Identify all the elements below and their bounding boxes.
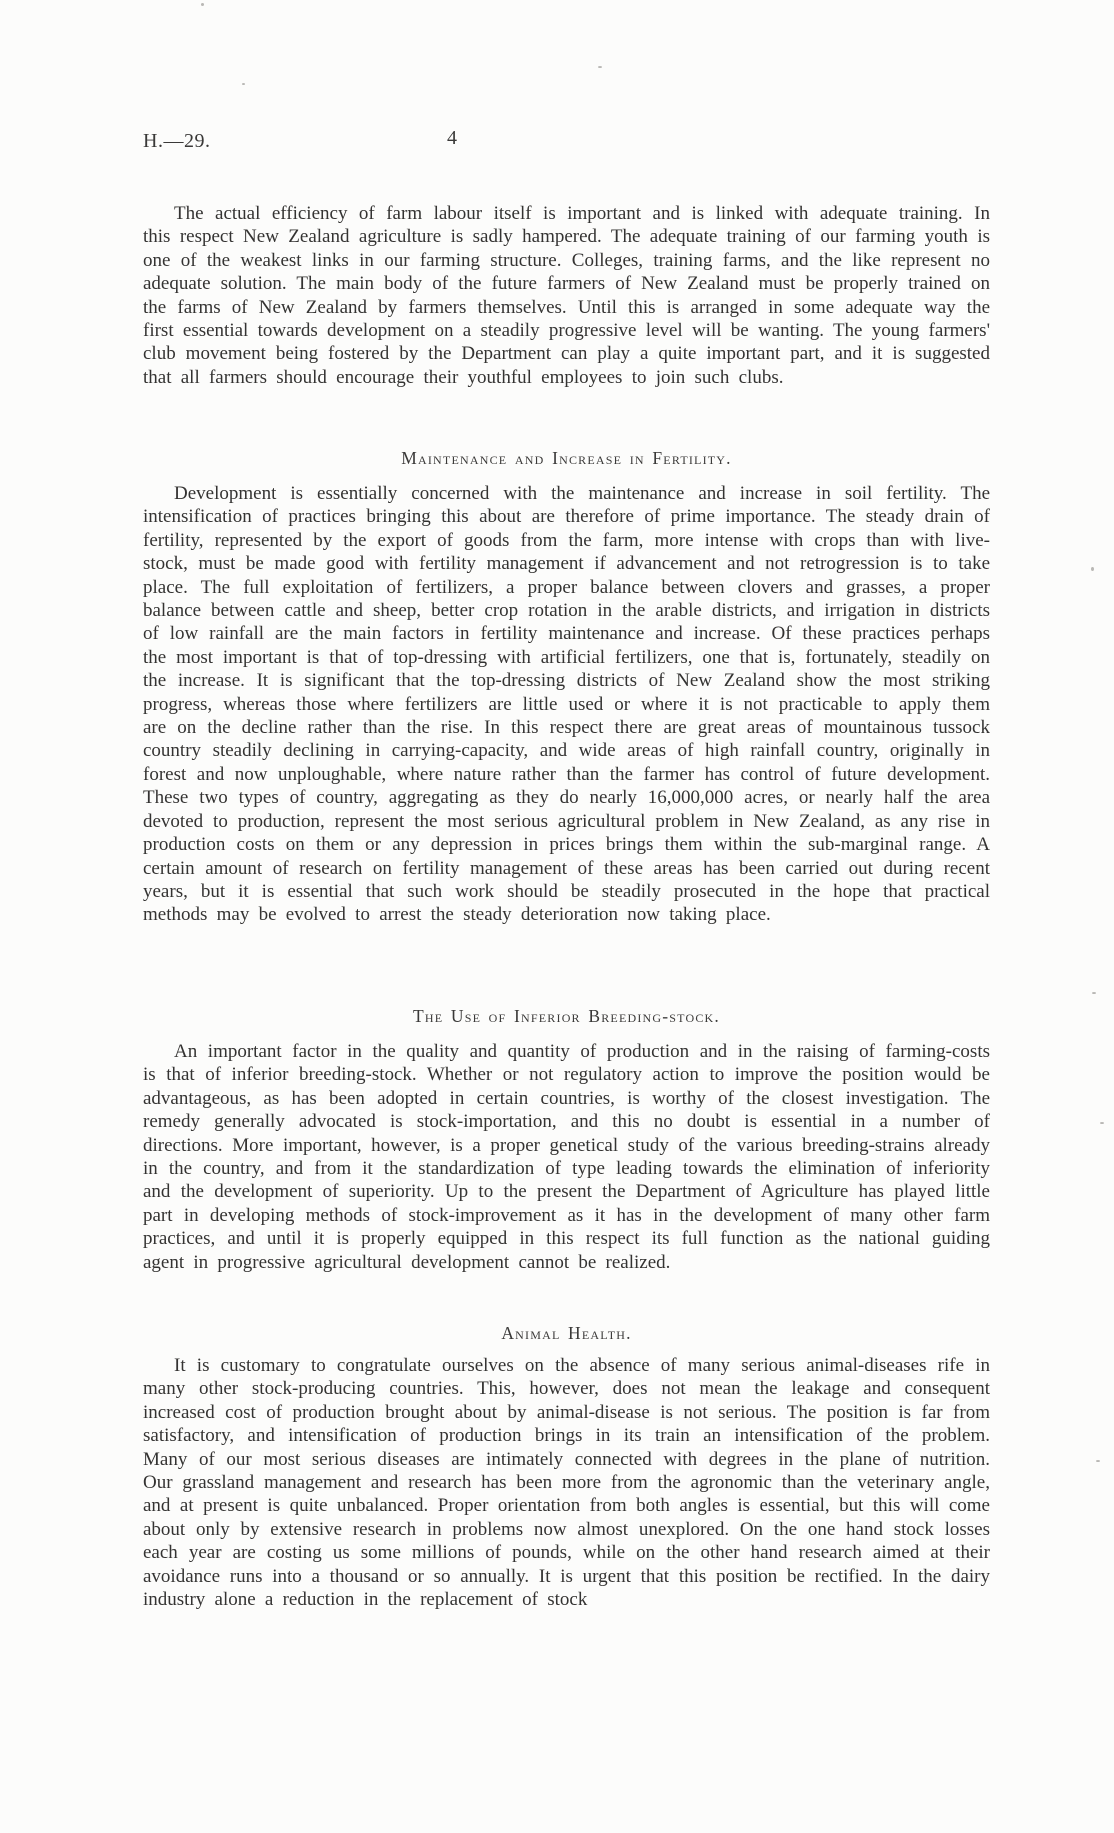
page-number: 4	[447, 127, 457, 150]
section-heading-fertility: Maintenance and Increase in Fertility.	[143, 448, 990, 469]
section-heading-breeding-stock: The Use of Inferior Breeding-stock.	[143, 1006, 990, 1027]
section-paragraph-fertility: Development is essentially concerned wit…	[143, 482, 990, 927]
section-heading-animal-health: Animal Health.	[143, 1323, 990, 1344]
section-paragraph-breeding-stock: An important factor in the quality and q…	[143, 1040, 990, 1274]
document-page: H.—29. 4 The actual efficiency of farm l…	[0, 0, 1114, 1833]
scan-speck	[598, 66, 602, 68]
scan-speck	[201, 3, 204, 6]
scan-speck	[1096, 1460, 1100, 1462]
scan-speck	[1100, 1122, 1104, 1124]
intro-paragraph: The actual efficiency of farm labour its…	[143, 202, 990, 389]
doc-ref: H.—29.	[143, 130, 210, 153]
scan-speck	[1091, 567, 1094, 571]
section-paragraph-animal-health: It is customary to congratulate ourselve…	[143, 1354, 990, 1611]
scan-speck	[242, 83, 245, 85]
scan-speck	[1092, 992, 1096, 994]
